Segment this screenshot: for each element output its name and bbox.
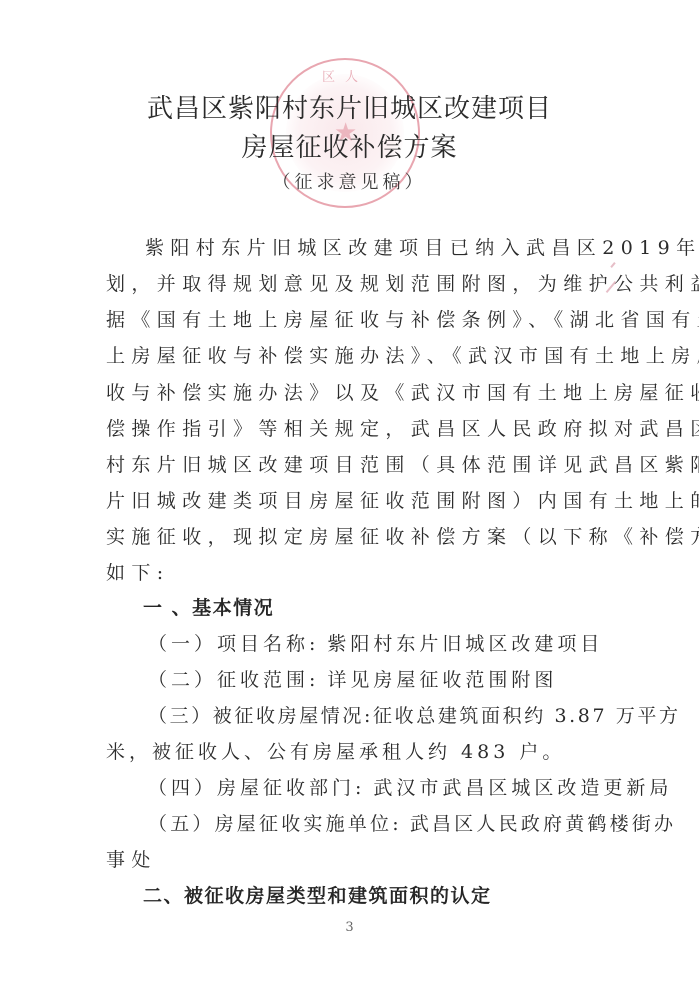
- document-title-line-1: 武昌区紫阳村东片旧城区改建项目: [0, 88, 699, 125]
- document-subtitle: （征求意见稿）: [0, 168, 699, 194]
- item-value: 武昌区人民政府黄鹤楼街办: [410, 813, 676, 835]
- intro-line: 实施征收，现拟定房屋征收补偿方案（以下称《补偿方案》）: [106, 525, 699, 549]
- item-label: （四）房屋征收部门:: [148, 777, 365, 799]
- item-value: 详见房屋征收范围附图: [327, 669, 557, 691]
- item-label: （五）房屋征收实施单位:: [148, 813, 402, 835]
- item-label: （二）征收范围:: [148, 669, 319, 691]
- intro-line: 划，并取得规划意见及规划范围附图，为维护公共利益，根: [106, 272, 699, 296]
- basic-info-item-continuation: 事处: [106, 848, 157, 872]
- basic-info-item-continuation: 米，被征收人、公有房屋承租人约 483 户。: [106, 740, 565, 764]
- item-value: 征收总建筑面积约 3.87 万平方: [373, 705, 681, 727]
- basic-info-item: （一）项目名称:紫阳村东片旧城区改建项目: [148, 632, 603, 656]
- item-value: 事处: [106, 849, 157, 871]
- section-2-heading: 二、被征收房屋类型和建筑面积的认定: [143, 884, 492, 908]
- page-number: 3: [0, 920, 699, 935]
- basic-info-item: （三）被征收房屋情况:征收总建筑面积约 3.87 万平方: [148, 704, 681, 728]
- intro-line: 偿操作指引》等相关规定，武昌区人民政府拟对武昌区紫阳: [106, 417, 699, 441]
- intro-line: 村东片旧城区改建项目范围（具体范围详见武昌区紫阳村东: [106, 453, 699, 477]
- basic-info-item: （五）房屋征收实施单位:武昌区人民政府黄鹤楼街办: [148, 812, 676, 836]
- intro-line: 如下:: [106, 561, 170, 585]
- item-value: 武汉市武昌区城区改造更新局: [373, 777, 672, 799]
- intro-line: 上房屋征收与补偿实施办法》、《武汉市国有土地上房屋征: [106, 344, 699, 368]
- stamp-edge-mark: [610, 262, 615, 268]
- intro-line: 片旧城改建类项目房屋征收范围附图）内国有土地上的房屋: [106, 489, 699, 513]
- intro-line: 紫阳村东片旧城区改建项目已纳入武昌区2019年征收计: [145, 236, 699, 260]
- basic-info-item: （四）房屋征收部门:武汉市武昌区城区改造更新局: [148, 776, 672, 800]
- document-page: 区人 ★ 武昌区紫阳村东片旧城区改建项目 房屋征收补偿方案 （征求意见稿） 紫阳…: [0, 0, 699, 990]
- section-1-heading: 一 、基本情况: [143, 596, 274, 620]
- basic-info-item: （二）征收范围:详见房屋征收范围附图: [148, 668, 557, 692]
- item-value: 紫阳村东片旧城区改建项目: [327, 633, 603, 655]
- intro-line: 据《国有土地上房屋征收与补偿条例》、《湖北省国有土地: [106, 308, 699, 332]
- stamp-text: 区人: [272, 66, 418, 85]
- item-value: 米，被征收人、公有房屋承租人约 483 户。: [106, 741, 565, 763]
- intro-line: 收与补偿实施办法》以及《武汉市国有土地上房屋征收与补: [106, 381, 699, 405]
- document-title-line-2: 房屋征收补偿方案: [0, 127, 699, 164]
- item-label: （三）被征收房屋情况:: [148, 705, 373, 727]
- item-label: （一）项目名称:: [148, 633, 319, 655]
